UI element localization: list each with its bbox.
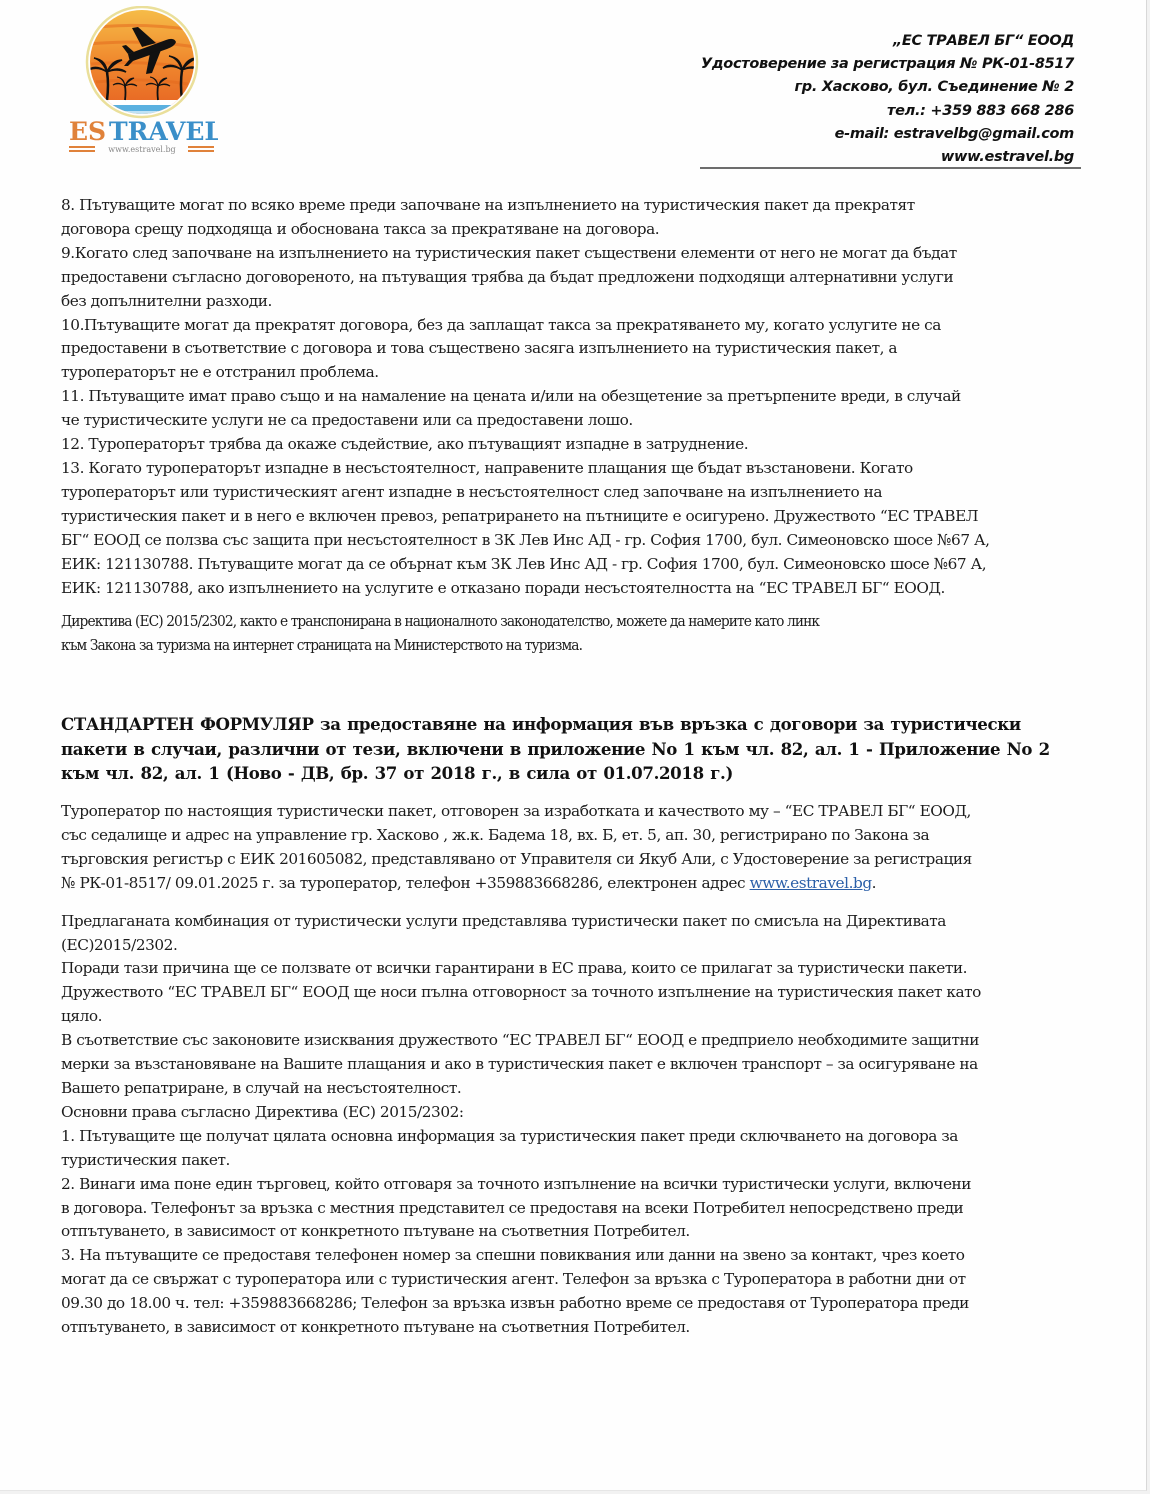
document-page: ES TRAVEL www.estravel.bg „ЕС ТРАВЕЛ БГ“… <box>0 0 1147 1491</box>
text-line: 8. Пътуващите могат по всяко време преди… <box>61 194 1081 218</box>
text-line: 1. Пътуващите ще получат цялата основна … <box>61 1125 1081 1149</box>
text-line: предоставени в съответствие с договора и… <box>61 337 1081 361</box>
text-line: туроператорът или туристическият агент и… <box>61 481 1081 505</box>
text-line: 3. На пътуващите се предоставя телефонен… <box>61 1244 1081 1268</box>
svg-text:ES: ES <box>69 117 106 146</box>
text-line: със седалище и адрес на управление гр. Х… <box>61 824 1081 848</box>
text-line: че туристическите услуги не са предостав… <box>61 409 1081 433</box>
registration-number: Удостоверение за регистрация № РК-01-851… <box>701 53 1074 76</box>
svg-text:TRAVEL: TRAVEL <box>109 117 218 146</box>
company-email: e-mail: estravelbg@gmail.com <box>701 123 1074 146</box>
text-line: В съответствие със законовите изисквания… <box>61 1029 1081 1053</box>
text-line: в договора. Телефонът за връзка с местни… <box>61 1197 1081 1221</box>
text-line: туроператорът не е отстранил проблема. <box>61 361 1081 385</box>
text-line: БГ“ ЕООД се ползва със защита при несъст… <box>61 529 1081 553</box>
text-line: (ЕС)2015/2302. <box>61 934 1081 958</box>
text-line: Директива (ЕС) 2015/2302, както е трансп… <box>61 610 1081 634</box>
text-line: Основни права съгласно Директива (ЕС) 20… <box>61 1101 1081 1125</box>
company-phone: тел.: +359 883 668 286 <box>701 100 1074 123</box>
standard-form-heading: СТАНДАРТЕН ФОРМУЛЯР за предоставяне на и… <box>61 712 1081 786</box>
text-line: отпътуването, в зависимост от конкретнот… <box>61 1220 1081 1244</box>
directive-note: Директива (ЕС) 2015/2302, както е трансп… <box>61 610 1081 658</box>
website-link[interactable]: www.estravel.bg <box>750 874 872 892</box>
text-line: търговския регистър с ЕИК 201605082, пре… <box>61 848 1081 872</box>
text-line: пакети в случаи, различни от тези, включ… <box>61 737 1081 762</box>
text-line: 09.30 до 18.00 ч. тел: +359883668286; Те… <box>61 1292 1081 1316</box>
text-line: към Закона за туризма на интернет страни… <box>61 634 1081 658</box>
text-line: Поради тази причина ще се ползвате от вс… <box>61 957 1081 981</box>
text-line: мерки за възстановяване на Вашите плащан… <box>61 1053 1081 1077</box>
text-line: предоставени съгласно договореното, на п… <box>61 266 1081 290</box>
header-divider <box>700 167 1081 169</box>
text-line: 13. Когато туроператорът изпадне в несъс… <box>61 457 1081 481</box>
text-line: ЕИК: 121130788. Пътуващите могат да се о… <box>61 553 1081 577</box>
text-line: 11. Пътуващите имат право също и на нама… <box>61 385 1081 409</box>
text-line: СТАНДАРТЕН ФОРМУЛЯР за предоставяне на и… <box>61 712 1081 737</box>
package-rights-section: Предлаганата комбинация от туристически … <box>61 910 1081 1340</box>
operator-info: Туроператор по настоящия туристически па… <box>61 800 1081 896</box>
text-line: отпътуването, в зависимост от конкретнот… <box>61 1316 1081 1340</box>
document-body: 8. Пътуващите могат по всяко време преди… <box>61 194 1081 1340</box>
text-line: без допълнителни разходи. <box>61 290 1081 314</box>
text-line: 10.Пътуващите могат да прекратят договор… <box>61 314 1081 338</box>
company-header: „ЕС ТРАВЕЛ БГ“ ЕООД Удостоверение за рег… <box>701 30 1074 169</box>
text-line: Дружеството “ЕС ТРАВЕЛ БГ“ ЕООД ще носи … <box>61 981 1081 1005</box>
text-line: цяло. <box>61 1005 1081 1029</box>
rights-list-continued: 8. Пътуващите могат по всяко време преди… <box>61 194 1081 600</box>
text-line: 12. Туроператорът трябва да окаже съдейс… <box>61 433 1081 457</box>
company-name: „ЕС ТРАВЕЛ БГ“ ЕООД <box>701 30 1074 53</box>
text-line: могат да се свържат с туроператора или с… <box>61 1268 1081 1292</box>
text-line: 2. Винаги има поне един търговец, който … <box>61 1173 1081 1197</box>
text-line: Вашето репатриране, в случай на несъстоя… <box>61 1077 1081 1101</box>
text-line: Туроператор по настоящия туристически па… <box>61 800 1081 824</box>
text-line: 9.Когато след започване на изпълнението … <box>61 242 1081 266</box>
text-line: ЕИК: 121130788, ако изпълнението на услу… <box>61 577 1081 601</box>
svg-text:www.estravel.bg: www.estravel.bg <box>108 145 175 154</box>
text-line: туристическия пакет и в него е включен п… <box>61 505 1081 529</box>
text-line: договора срещу подходяща и обоснована та… <box>61 218 1081 242</box>
text-line: към чл. 82, ал. 1 (Ново - ДВ, бр. 37 от … <box>61 761 1081 786</box>
text-line: туристическия пакет. <box>61 1149 1081 1173</box>
estravel-logo: ES TRAVEL www.estravel.bg <box>66 6 218 156</box>
company-website: www.estravel.bg <box>701 146 1074 169</box>
text-line: Предлаганата комбинация от туристически … <box>61 910 1081 934</box>
company-address: гр. Хасково, бул. Съединение № 2 <box>701 76 1074 99</box>
